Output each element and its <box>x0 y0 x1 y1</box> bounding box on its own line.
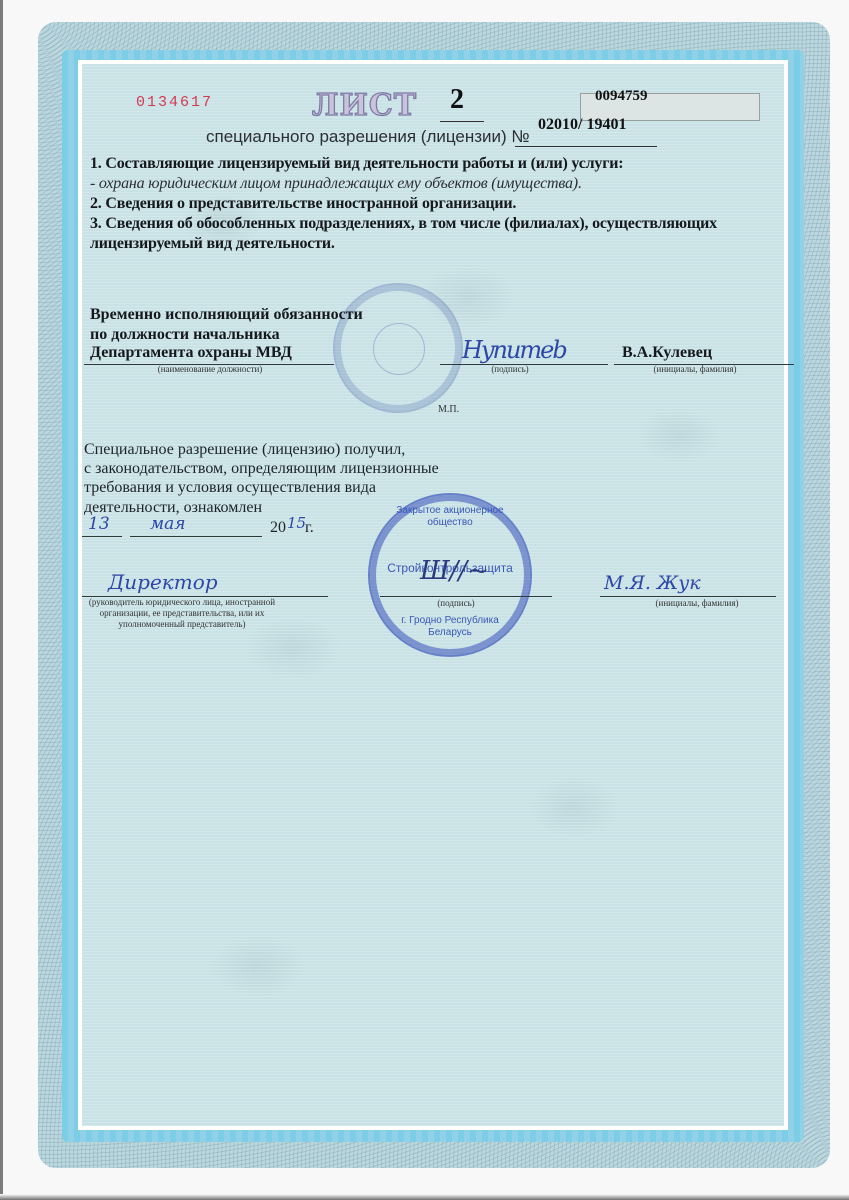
date-year-handwritten: 15 <box>287 514 306 532</box>
issuer-title-line-1: Временно исполняющий обязанности <box>90 306 363 324</box>
date-month: мая <box>150 514 186 534</box>
section-3-heading: 3. Сведения об обособленных подразделени… <box>90 214 717 233</box>
issuer-signature: Hynumeb <box>462 336 566 364</box>
scan-edge-bottom <box>0 1194 849 1200</box>
date-year-prefix: 20 <box>270 518 286 538</box>
scan-edge-left <box>0 0 3 1200</box>
issuer-title-line-2: по должности начальника <box>90 326 280 344</box>
issuer-name-caption: (инициалы, фамилия) <box>640 364 750 374</box>
issuer-title-line-3: Департамента охраны МВД <box>90 344 292 362</box>
recipient-name-line <box>600 596 776 597</box>
recipient-signature-line <box>380 596 552 597</box>
date-year-suffix: г. <box>305 518 314 538</box>
ack-line-2: с законодательством, определяющим лиценз… <box>84 459 439 479</box>
license-label: специального разрешения (лицензии) № <box>206 127 530 147</box>
blank-number: 0094759 <box>595 88 648 105</box>
caption-line-3: уполномоченный представитель) <box>82 619 282 630</box>
ack-line-3: требования и условия осуществления вида <box>84 478 376 498</box>
emblem-icon <box>373 323 425 375</box>
section-3-heading-cont: лицензируемый вид деятельности. <box>90 234 335 253</box>
recipient-signature: Ш//~ <box>420 556 489 586</box>
issuer-signature-caption: (подпись) <box>480 364 540 374</box>
recipient-name-caption: (инициалы, фамилия) <box>642 598 752 608</box>
sheet-title: ЛИСТ <box>312 88 417 123</box>
date-month-line <box>130 536 262 537</box>
recipient-signature-caption: (подпись) <box>426 598 486 608</box>
license-number-underline <box>515 146 657 147</box>
section-1-item: - охрана юридическим лицом принадлежащих… <box>90 174 582 193</box>
date-day-line <box>82 536 122 537</box>
issuer-position-caption: (наименование должности) <box>150 364 270 374</box>
recipient-name-handwritten: М.Я. Жук <box>604 572 701 594</box>
sheet-number: 2 <box>450 84 464 116</box>
caption-line-2: организации, ее представительства, или и… <box>82 608 282 619</box>
stamp-bottom-text: г. Гродно Республика Беларусь <box>386 615 514 639</box>
caption-line-1: (руководитель юридического лица, иностра… <box>82 597 282 608</box>
date-day: 13 <box>88 514 110 534</box>
ack-line-1: Специальное разрешение (лицензию) получи… <box>84 440 405 460</box>
license-number: 02010/ 19401 <box>538 116 626 134</box>
issuer-name: В.А.Кулевец <box>622 344 712 362</box>
recipient-position-caption: (руководитель юридического лица, иностра… <box>82 597 282 630</box>
section-2-heading: 2. Сведения о представительстве иностран… <box>90 194 516 213</box>
stamp-top-text: Закрытое акционерное общество <box>382 505 518 529</box>
section-1-heading: 1. Составляющие лицензируемый вид деятел… <box>90 154 623 173</box>
sheet-number-underline <box>440 121 484 122</box>
seal-label: М.П. <box>438 404 459 415</box>
recipient-position-handwritten: Директор <box>108 570 218 594</box>
ministry-stamp <box>333 283 463 413</box>
serial-number-red: 0134617 <box>136 94 213 111</box>
